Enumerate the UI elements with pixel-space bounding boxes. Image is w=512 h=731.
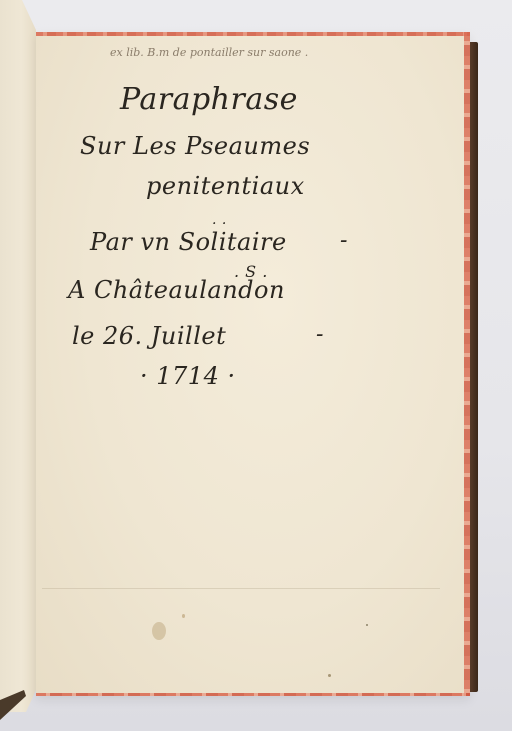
year-line: · 1714 · — [140, 362, 236, 390]
foxing-spot — [182, 614, 185, 618]
faint-ruled-line — [42, 588, 440, 589]
sprinkled-edge-right — [464, 32, 470, 696]
subtitle-line-1: Sur Les Pseaumes — [80, 132, 310, 160]
left-flyleaf — [0, 0, 36, 712]
foxing-spot — [366, 624, 368, 626]
author-dash: - — [340, 228, 348, 253]
sprinkled-edge-bottom — [36, 693, 470, 696]
manuscript-title: Paraphrase — [120, 82, 298, 117]
manuscript-title-page: ex lib. B.m de pontailler sur saone . Pa… — [36, 32, 470, 696]
date-line: le 26. Juillet — [72, 322, 226, 350]
ex-libris-inscription: ex lib. B.m de pontailler sur saone . — [110, 46, 308, 59]
subtitle-line-2: penitentiaux — [146, 172, 305, 200]
foxing-spot — [328, 674, 331, 677]
sprinkled-edge-top — [36, 32, 470, 36]
foxing-spot — [152, 622, 166, 640]
author-line: Par vn Solitaire — [90, 228, 287, 256]
separator-dots: . . — [212, 212, 227, 228]
place-line: A Châteaulandon — [68, 276, 285, 304]
date-dash: - — [316, 322, 324, 347]
